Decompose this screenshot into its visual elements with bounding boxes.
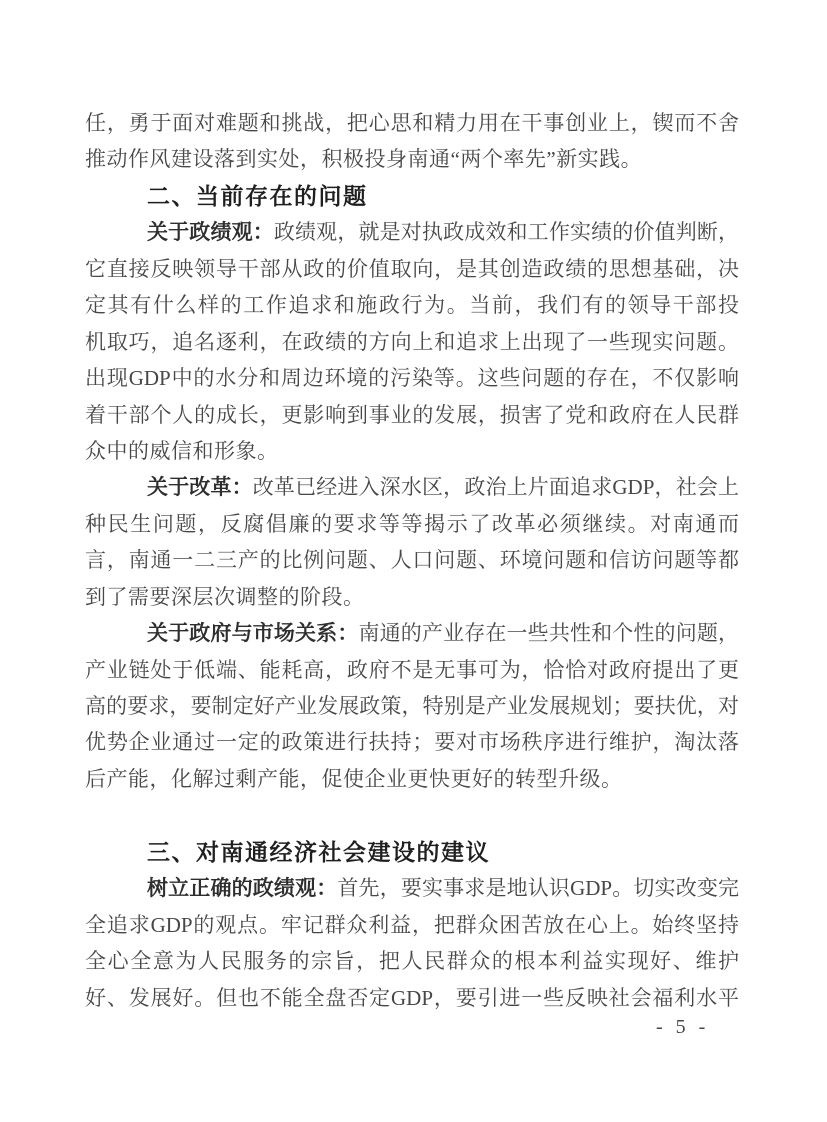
- paragraph-lead-line: 关于改革：改革已经进入深水区，政治上片面追求GDP，社会上种: [85, 469, 739, 505]
- body-text-line: 出现GDP中的水分和周边环境的污染等。这些问题的存在，不仅影响: [85, 360, 739, 396]
- body-text-line: 后产能，化解过剩产能，促使企业更快更好的转型升级。: [85, 761, 739, 797]
- body-text-line: 它直接反映领导干部从政的价值取向，是其创造政绩的思想基础，决: [85, 251, 739, 287]
- body-text-line: 着干部个人的成长，更影响到事业的发展，损害了党和政府在人民群: [85, 397, 739, 433]
- paragraph-lead: 关于政绩观：: [147, 220, 274, 244]
- blank-line: [85, 797, 739, 833]
- body-text-line: 全追求GDP的观点。牢记群众利益，把群众困苦放在心上。始终坚持: [85, 907, 739, 943]
- body-text-line: 推动作风建设落到实处，积极投身南通“两个率先”新实践。: [85, 141, 739, 177]
- document-page: 任，勇于面对难题和挑战，把心思和精力用在干事创业上，锲而不舍推动作风建设落到实处…: [0, 0, 827, 1122]
- body-text-line: 定其有什么样的工作追求和施政行为。当前，我们有的领导干部投: [85, 287, 739, 323]
- body-text-line: 种民生问题，反腐倡廉的要求等等揭示了改革必须继续。对南通而: [85, 506, 739, 542]
- body-text-line: 到了需要深层次调整的阶段。: [85, 579, 739, 615]
- paragraph-lead-line: 关于政绩观：政绩观，就是对执政成效和工作实绩的价值判断，: [85, 214, 739, 250]
- paragraph-lead-line: 关于政府与市场关系：南通的产业存在一些共性和个性的问题，: [85, 615, 739, 651]
- paragraph-lead: 树立正确的政绩观：: [147, 876, 337, 900]
- body-text-line: 好、发展好。但也不能全盘否定GDP，要引进一些反映社会福利水平: [85, 980, 739, 1016]
- body-text-line: 产业链处于低端、能耗高，政府不是无事可为，恰恰对政府提出了更: [85, 652, 739, 688]
- paragraph-lead-line: 树立正确的政绩观：首先，要实事求是地认识GDP。切实改变完: [85, 870, 739, 906]
- section-heading: 二、当前存在的问题: [85, 178, 739, 214]
- body-text-line: 全心全意为人民服务的宗旨，把人民群众的根本利益实现好、维护: [85, 943, 739, 979]
- body-text-line: 言，南通一二三产的比例问题、人口问题、环境问题和信访问题等都: [85, 542, 739, 578]
- page-number: - 5 -: [656, 1016, 709, 1039]
- body-text-line: 优势企业通过一定的政策进行扶持；要对市场秩序进行维护，淘汰落: [85, 724, 739, 760]
- body-text-line: 机取巧，追名逐利，在政绩的方向上和追求上出现了一些现实问题。: [85, 324, 739, 360]
- paragraph-lead: 关于改革：: [147, 475, 253, 499]
- paragraph-lead: 关于政府与市场关系：: [147, 621, 358, 645]
- document-body: 任，勇于面对难题和挑战，把心思和精力用在干事创业上，锲而不舍推动作风建设落到实处…: [85, 105, 739, 1016]
- body-text-line: 高的要求，要制定好产业发展政策，特别是产业发展规划；要扶优，对: [85, 688, 739, 724]
- body-text-line: 众中的威信和形象。: [85, 433, 739, 469]
- section-heading: 三、对南通经济社会建设的建议: [85, 834, 739, 870]
- body-text-line: 任，勇于面对难题和挑战，把心思和精力用在干事创业上，锲而不舍: [85, 105, 739, 141]
